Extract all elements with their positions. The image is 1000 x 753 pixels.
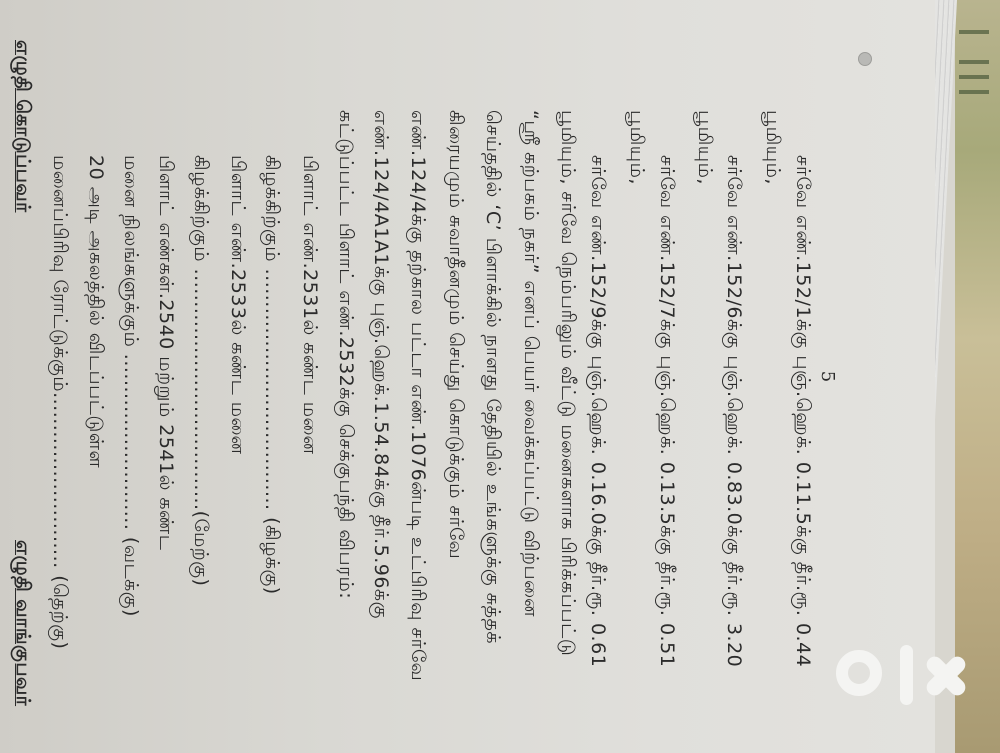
signature-label-purchaser: எழுதி வாங்குபவர் bbox=[9, 540, 34, 706]
document-line: பிளாட் எண்.2531ல் கண்ட மனை bbox=[296, 155, 321, 454]
document-line: கட்டுப்பட்ட பிளாட் எண்.2532க்கு செக்குபந… bbox=[332, 110, 357, 599]
document-line: சர்வே எண்.152/1க்கு புஞ்.ஹெக். 0.11.5க்க… bbox=[789, 155, 814, 667]
olx-watermark-logo bbox=[830, 640, 965, 710]
document-line: சர்வே எண்.152/6க்கு புஞ்.ஹெக். 0.83.0க்க… bbox=[720, 155, 745, 667]
document-line: செய்ததில் ‘C’ பிளாக்கில் நாளது தேதியில் … bbox=[479, 110, 504, 644]
document-line: சர்வே எண்.152/7க்கு புஞ்.ஹெக். 0.13.5க்க… bbox=[653, 155, 678, 667]
document-line: பிளாட் எண்.2533ல் கண்ட மனை bbox=[224, 155, 249, 454]
document-line: பிளாட் எண்கள்.2540 மற்றும் 2541ல் கண்ட bbox=[152, 155, 177, 550]
signature-label-executant: எழுதி கொடுப்பவர் bbox=[9, 40, 34, 213]
rotated-text-block: 5 சர்வே எண்.152/1க்கு புஞ்.ஹெக். 0.11.5க… bbox=[0, 0, 860, 753]
document-line: கிழக்கிற்கும் ..........................… bbox=[187, 155, 212, 586]
binding-hole bbox=[858, 52, 872, 66]
document-line: எண்.124/4க்கு தற்கால பட்டா எண்.1076ன்படி… bbox=[404, 110, 429, 681]
document-line: கிழக்கிற்கும் ..........................… bbox=[258, 155, 283, 595]
olx-o-glyph bbox=[836, 650, 882, 696]
document-line: எண்.124/4A1A1க்கு புஞ்.ஹெக்.1.54.84க்கு … bbox=[367, 110, 392, 619]
document-line: “ஸ்ரீ கற்பகம் நகர்” எனப் பெயர் வைக்கப்பட… bbox=[517, 110, 542, 617]
document-line: பூமியும், bbox=[691, 110, 716, 185]
document-line: பூமியும், bbox=[623, 110, 648, 185]
document-line: பூமியும், சர்வே நெம்பரிலும் வீட்டு மனைகள… bbox=[554, 110, 579, 656]
document-line: மனை நிலங்களுக்கும் .....................… bbox=[117, 155, 142, 617]
olx-l-glyph bbox=[900, 645, 913, 705]
document-page: 5 சர்வே எண்.152/1க்கு புஞ்.ஹெக். 0.11.5க… bbox=[0, 0, 935, 753]
document-line: பூமியும், bbox=[759, 110, 784, 185]
document-line: கிரையமும் சுவாதீனமும் செய்து கொடுக்கும் … bbox=[442, 110, 467, 559]
document-line: 20 அடி அகலத்தில் விடப்பட்டுள்ள bbox=[82, 155, 107, 468]
document-line: மனைப்பிரிவு ரோட்டுக்கும்................… bbox=[46, 155, 71, 649]
document-line: சர்வே எண்.152/9க்கு புஞ்.ஹெக். 0.16.0க்க… bbox=[584, 155, 609, 667]
